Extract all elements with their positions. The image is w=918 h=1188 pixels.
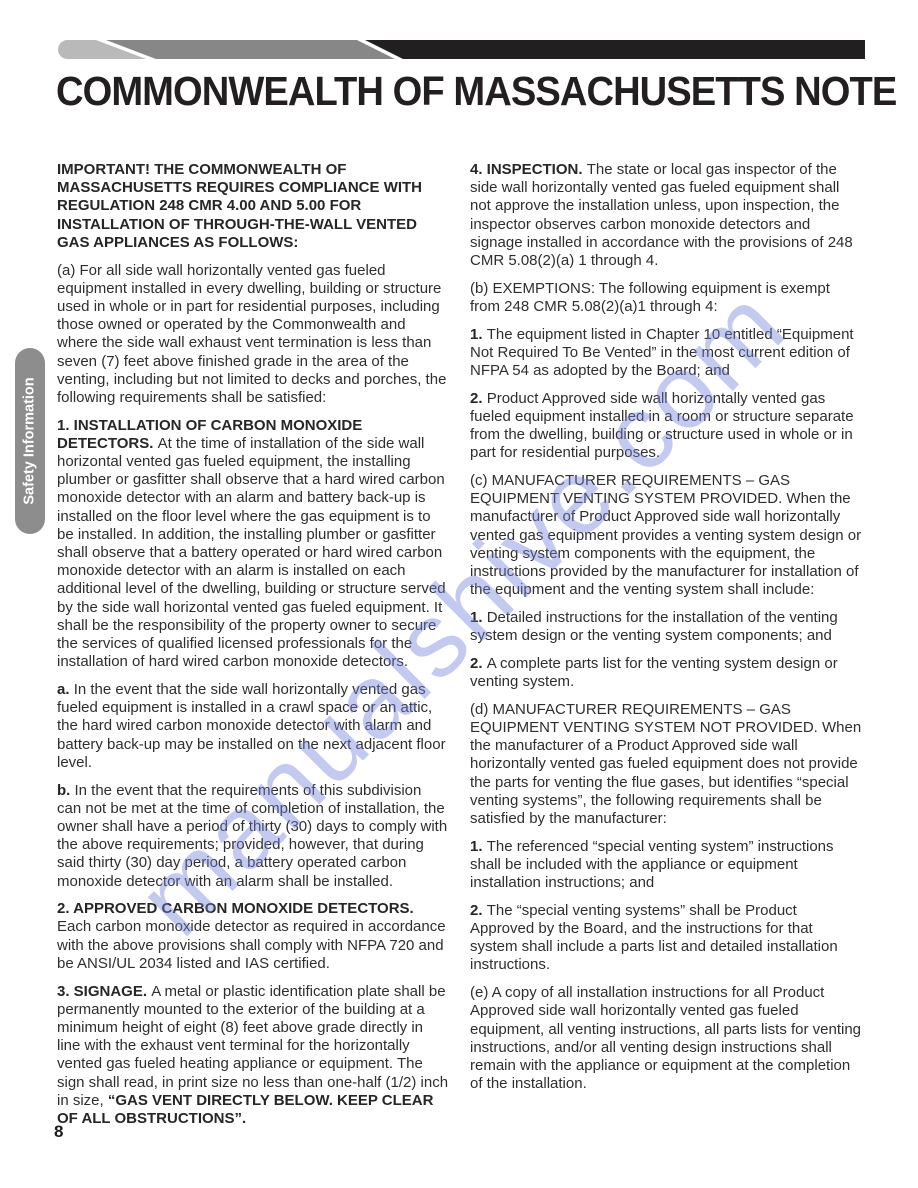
paragraph-lead: 1.: [470, 609, 487, 626]
paragraph-lead: 1. INSTALLATION OF CARBON MONOXIDE DETEC…: [57, 417, 362, 452]
paragraph-1-installation: 1. INSTALLATION OF CARBON MONOXIDE DETEC…: [57, 417, 449, 672]
paragraph-lead: 3. SIGNAGE.: [57, 983, 151, 1000]
paragraph-sub-a: a. In the event that the side wall horiz…: [57, 681, 449, 772]
paragraph-b-exemptions: (b) EXEMPTIONS: The following equipment …: [470, 280, 862, 316]
paragraph-d-manufacturer-not-provided: (d) MANUFACTURER REQUIREMENTS – GAS EQUI…: [470, 701, 862, 828]
paragraph-provided-1: 1. Detailed instructions for the install…: [470, 609, 862, 645]
paragraph-a: (a) For all side wall horizontally vente…: [57, 262, 449, 408]
paragraph-exempt-1: 1. The equipment listed in Chapter 10 en…: [470, 326, 862, 381]
important-heading: IMPORTANT! THE COMMONWEALTH OF MASSACHUS…: [57, 161, 449, 252]
paragraph-lead: 2.: [470, 655, 487, 672]
paragraph-2-approved-detectors: 2. APPROVED CARBON MONOXIDE DETECTORS. E…: [57, 900, 449, 973]
paragraph-lead: 2.: [470, 390, 487, 407]
page-number: 8: [54, 1122, 63, 1142]
sidebar-tab-label: Safety Information: [22, 377, 38, 504]
right-column: 4. INSPECTION. The state or local gas in…: [470, 161, 862, 1138]
header-decorative-bar: [58, 40, 865, 59]
paragraph-3-signage: 3. SIGNAGE. A metal or plastic identific…: [57, 983, 449, 1129]
paragraph-bold-tail: “GAS VENT DIRECTLY BELOW. KEEP CLEAR OF …: [57, 1092, 433, 1127]
paragraph-sub-b: b. In the event that the requirements of…: [57, 782, 449, 891]
paragraph-lead: 1.: [470, 838, 487, 855]
paragraph-exempt-2: 2. Product Approved side wall horizontal…: [470, 390, 862, 463]
paragraph-lead: 1.: [470, 326, 487, 343]
paragraph-lead: b.: [57, 782, 75, 799]
paragraph-lead: 4. INSPECTION.: [470, 161, 587, 178]
header-bar-graphic: [58, 40, 865, 59]
paragraph-provided-2: 2. A complete parts list for the venting…: [470, 655, 862, 691]
paragraph-not-provided-2: 2. The “special venting systems” shall b…: [470, 902, 862, 975]
paragraph-c-manufacturer-provided: (c) MANUFACTURER REQUIREMENTS – GAS EQUI…: [470, 472, 862, 599]
paragraph-lead: a.: [57, 681, 74, 698]
document-body: IMPORTANT! THE COMMONWEALTH OF MASSACHUS…: [57, 161, 862, 1138]
left-column: IMPORTANT! THE COMMONWEALTH OF MASSACHUS…: [57, 161, 449, 1138]
paragraph-not-provided-1: 1. The referenced “special venting syste…: [470, 838, 862, 893]
page-title: COMMONWEALTH OF MASSACHUSETTS NOTE: [56, 68, 896, 115]
paragraph-lead: 2.: [470, 902, 487, 919]
sidebar-tab-safety-information: Safety Information: [15, 348, 45, 534]
paragraph-4-inspection: 4. INSPECTION. The state or local gas in…: [470, 161, 862, 270]
paragraph-e-copy: (e) A copy of all installation instructi…: [470, 984, 862, 1093]
paragraph-lead: 2. APPROVED CARBON MONOXIDE DETECTORS.: [57, 900, 414, 917]
